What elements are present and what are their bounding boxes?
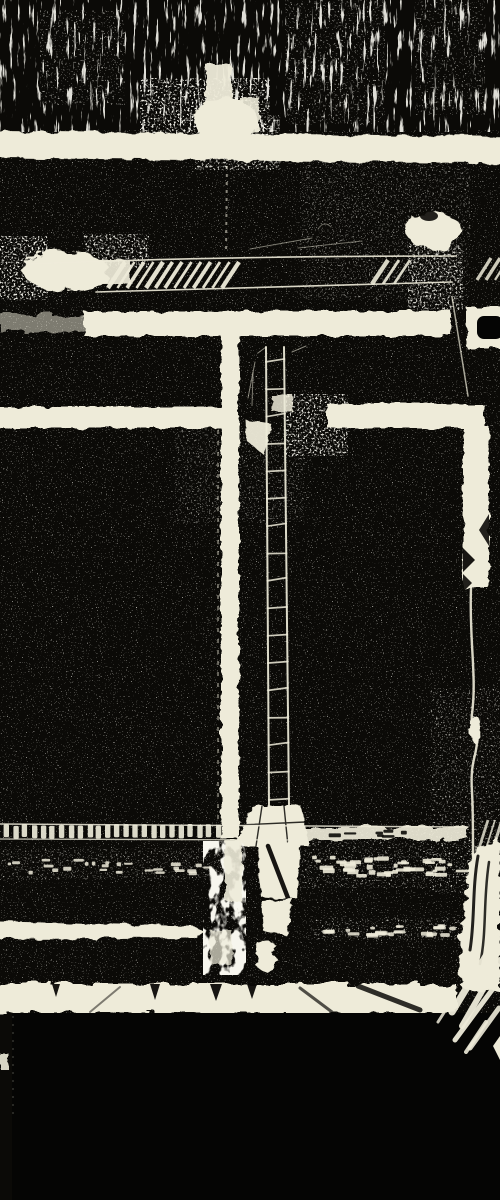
top-band	[0, 131, 500, 163]
speckle-row	[42, 859, 51, 862]
bar-holes	[377, 834, 384, 837]
speckle-row	[92, 862, 96, 866]
tick-marks	[187, 824, 192, 837]
bar-holes	[401, 831, 407, 835]
tick-marks	[151, 825, 156, 838]
thread-bulge	[470, 715, 480, 743]
speckle-row	[189, 872, 197, 876]
speckle-row	[12, 861, 20, 864]
grain-patch	[285, 0, 385, 125]
speckle-row	[29, 871, 33, 875]
speckle-row	[347, 869, 358, 874]
speckle-row	[367, 865, 373, 870]
tick-marks	[206, 824, 211, 837]
speckle-row	[450, 927, 456, 931]
abstract-print-canvas	[0, 0, 500, 1200]
tick-marks	[78, 826, 83, 839]
speckle-row	[427, 932, 437, 936]
tick-marks	[160, 825, 165, 838]
tick-marks	[132, 825, 137, 838]
knob-notch	[420, 211, 438, 221]
ladder-rungs	[265, 389, 285, 390]
tick-marks	[69, 825, 74, 838]
speckle-row	[175, 869, 185, 872]
tick-marks	[96, 826, 101, 839]
bar-holes	[344, 832, 356, 834]
ladder-rungs	[266, 443, 287, 444]
grain-patch	[40, 10, 125, 105]
cross-patch-small	[272, 396, 294, 412]
speckle-row	[171, 863, 181, 867]
speckle-row	[44, 865, 54, 868]
speckle-row	[370, 927, 375, 930]
speckle-row	[377, 856, 389, 860]
speckle-row	[203, 867, 211, 869]
bottom-black-field	[12, 1013, 500, 1200]
speckle-row	[145, 869, 154, 871]
speckle-row	[330, 856, 336, 860]
tick-marks	[142, 824, 147, 837]
speckle-row	[425, 861, 435, 864]
speckle-row	[323, 930, 334, 934]
tick-marks	[41, 826, 46, 839]
speckle-row	[440, 933, 450, 937]
band-d-right	[327, 404, 484, 428]
speckle-row	[356, 874, 367, 878]
speckle-row	[382, 932, 389, 935]
speckle-row	[396, 925, 404, 928]
speckle-row	[316, 860, 321, 863]
column-chip	[225, 841, 242, 901]
speckle-row	[346, 929, 351, 932]
band-c	[84, 311, 452, 336]
speckle-row	[320, 866, 334, 870]
speckle-row	[345, 862, 356, 866]
speckle-row	[392, 870, 398, 874]
grain-patch	[0, 848, 225, 880]
top-blob-arm	[239, 97, 259, 133]
speckle-row	[105, 861, 109, 864]
tick-marks	[13, 826, 18, 839]
tick-marks	[216, 825, 221, 838]
speckle-row	[100, 869, 108, 871]
speckle-row	[369, 870, 376, 875]
speckle-row	[367, 934, 379, 938]
speckle-row	[116, 871, 123, 874]
beam-left-blob	[23, 251, 109, 291]
main-stripe	[221, 329, 239, 839]
tick-marks	[114, 824, 119, 837]
speckle-row	[394, 930, 406, 933]
speckle-row	[431, 858, 442, 861]
grain-patch	[408, 244, 463, 310]
tick-marks	[179, 826, 184, 839]
speckle-row	[410, 867, 424, 871]
tick-marks	[32, 825, 37, 838]
speckle-row	[456, 870, 469, 873]
bar-holes	[329, 833, 341, 837]
speckle-row	[153, 868, 163, 871]
tick-marks	[22, 824, 27, 837]
speckle-row	[196, 864, 202, 868]
speckle-row	[312, 856, 317, 860]
column-chip-2	[210, 930, 232, 964]
tick-marks	[123, 824, 128, 837]
speckle-row	[365, 857, 373, 861]
tick-marks	[169, 825, 174, 838]
speckle-row	[85, 862, 89, 866]
ladder-rungs	[266, 470, 287, 471]
speckle-row	[435, 873, 447, 877]
speckle-row	[52, 868, 58, 872]
speckle-row	[155, 871, 165, 874]
speckle-row	[433, 926, 446, 929]
speckle-row	[447, 863, 452, 866]
speckle-row	[117, 862, 121, 866]
speckle-row	[73, 859, 83, 862]
tick-marks	[88, 825, 93, 838]
speckle-row	[384, 871, 393, 874]
black-pill	[477, 316, 500, 339]
speckle-row	[426, 873, 437, 877]
speckle-row	[394, 864, 398, 868]
ladder-rungs	[268, 772, 290, 773]
speckle-row	[102, 864, 109, 867]
corner-chip	[0, 1053, 8, 1069]
speckle-row	[124, 863, 133, 865]
band-c-left-sparse	[0, 315, 92, 332]
tick-marks	[105, 825, 110, 838]
speckle-row	[348, 932, 360, 935]
bar-holes	[383, 830, 393, 833]
band-d-left	[0, 407, 226, 428]
speckle-row	[8, 863, 11, 866]
tick-marks	[49, 826, 54, 839]
speckle-row	[403, 867, 410, 872]
speckle-row	[386, 874, 391, 877]
tick-marks	[4, 824, 9, 837]
grain-patch	[415, 0, 485, 115]
bar-holes	[376, 832, 384, 835]
speckle-row	[63, 867, 71, 871]
speckle-row	[397, 862, 409, 865]
print-surface	[0, 0, 500, 1200]
tick-marks	[59, 825, 64, 838]
speckle-row	[435, 867, 446, 871]
tick-marks	[197, 825, 202, 838]
